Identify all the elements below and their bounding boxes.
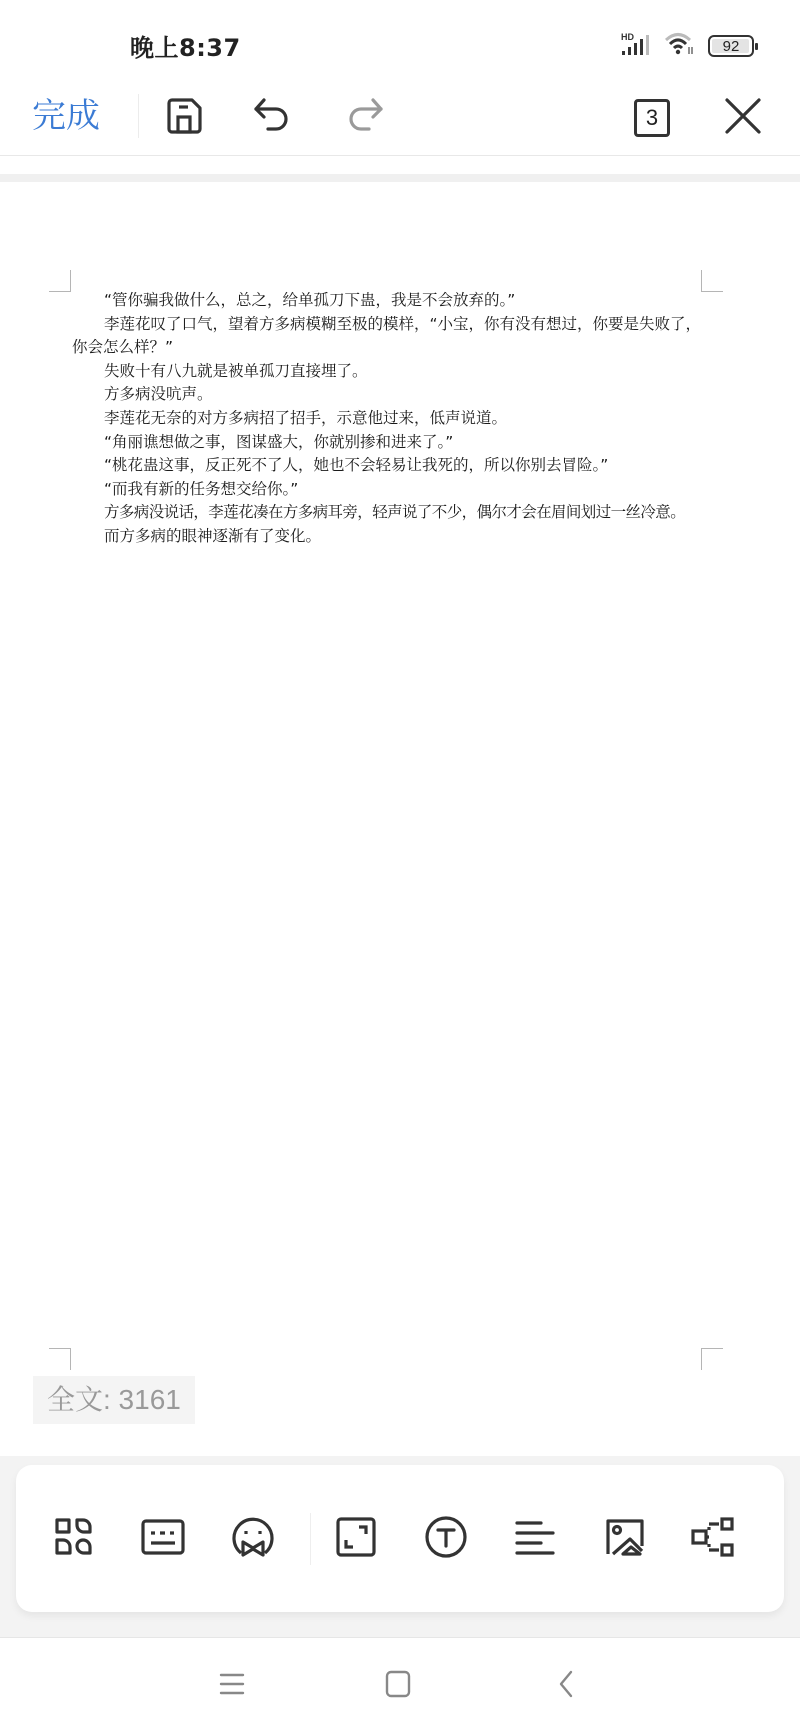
paragraph[interactable]: “桃花蛊这事，反正死不了人，她也不会轻易让我死的，所以你别去冒险。” [72,454,712,478]
back-icon [556,1669,576,1703]
margin-corner-bottom-left [49,1348,71,1370]
word-count-badge: 全文: 3161 [33,1376,195,1424]
apps-icon [53,1516,95,1562]
page-count-icon: 3 [634,99,670,137]
mindmap-icon [691,1516,735,1562]
face-bowtie-icon [231,1515,275,1563]
paragraph[interactable]: 而方多病的眼神逐渐有了变化。 [72,525,712,549]
document-body[interactable]: “管你骗我做什么，总之，给单孤刀下蛊，我是不会放弃的。” 李莲花叹了口气，望着方… [72,289,712,549]
mindmap-button[interactable] [689,1515,737,1563]
undo-icon [251,96,295,140]
redo-icon [342,96,386,140]
align-button[interactable] [511,1515,559,1563]
image-button[interactable] [600,1515,648,1563]
margin-corner-bottom-right [701,1348,723,1370]
page-gap [0,174,800,182]
recent-apps-button[interactable] [212,1666,252,1706]
signal-icon: HD [620,31,652,61]
home-button[interactable] [378,1666,418,1706]
home-icon [384,1670,412,1702]
paragraph[interactable]: “管你骗我做什么，总之，给单孤刀下蛊，我是不会放弃的。” [72,289,712,313]
keyboard-icon [141,1517,185,1561]
save-icon [164,96,204,140]
face-button[interactable] [229,1515,277,1563]
system-nav-bar [0,1638,800,1733]
margin-corner-top-left [49,270,71,292]
document-page[interactable]: “管你骗我做什么，总之，给单孤刀下蛊，我是不会放弃的。” 李莲花叹了口气，望着方… [0,182,800,1456]
battery-icon: 92 [708,35,754,57]
status-icons: HD 92 [620,32,754,60]
image-icon [603,1516,645,1562]
back-button[interactable] [546,1666,586,1706]
editor-toolbar: 完成 3 [0,80,800,156]
align-left-icon [514,1517,556,1561]
panel-divider [310,1513,311,1565]
undo-button[interactable] [249,94,297,142]
paragraph[interactable]: 李莲花无奈的对方多病招了招手，示意他过来，低声说道。 [72,407,712,431]
page-count-button[interactable]: 3 [628,94,676,142]
tools-panel [16,1465,784,1612]
close-icon [723,96,763,140]
paragraph[interactable]: 方多病没吭声。 [72,383,712,407]
fullscreen-icon [335,1516,377,1562]
text-style-button[interactable] [422,1515,470,1563]
status-bar: 晚上8:37 HD 92 [0,0,800,80]
keyboard-button[interactable] [139,1515,187,1563]
done-button[interactable]: 完成 [32,92,100,140]
close-button[interactable] [719,94,767,142]
page-count: 3 [646,105,658,131]
redo-button[interactable] [340,94,388,142]
text-style-icon [424,1515,468,1563]
paragraph[interactable]: “而我有新的任务想交给你。” [72,478,712,502]
paragraph[interactable]: “角丽谯想做之事，图谋盛大，你就别掺和进来了。” [72,431,712,455]
toolbar-divider [138,94,139,138]
status-time: 晚上8:37 [130,28,241,63]
paragraph[interactable]: 失败十有八九就是被单孤刀直接埋了。 [72,360,712,384]
fullscreen-button[interactable] [332,1515,380,1563]
network-type-label: HD [621,32,634,42]
battery-level: 92 [723,38,740,55]
apps-button[interactable] [50,1515,98,1563]
paragraph[interactable]: 李莲花叹了口气，望着方多病模糊至极的模样，“小宝，你有没有想过，你要是失败了，你… [72,313,712,360]
wifi-icon [664,31,696,61]
save-button[interactable] [160,94,208,142]
menu-icon [218,1671,246,1701]
paragraph[interactable]: 方多病没说话，李莲花凑在方多病耳旁，轻声说了不少，偶尔才会在眉间划过一丝冷意。 [72,501,712,525]
